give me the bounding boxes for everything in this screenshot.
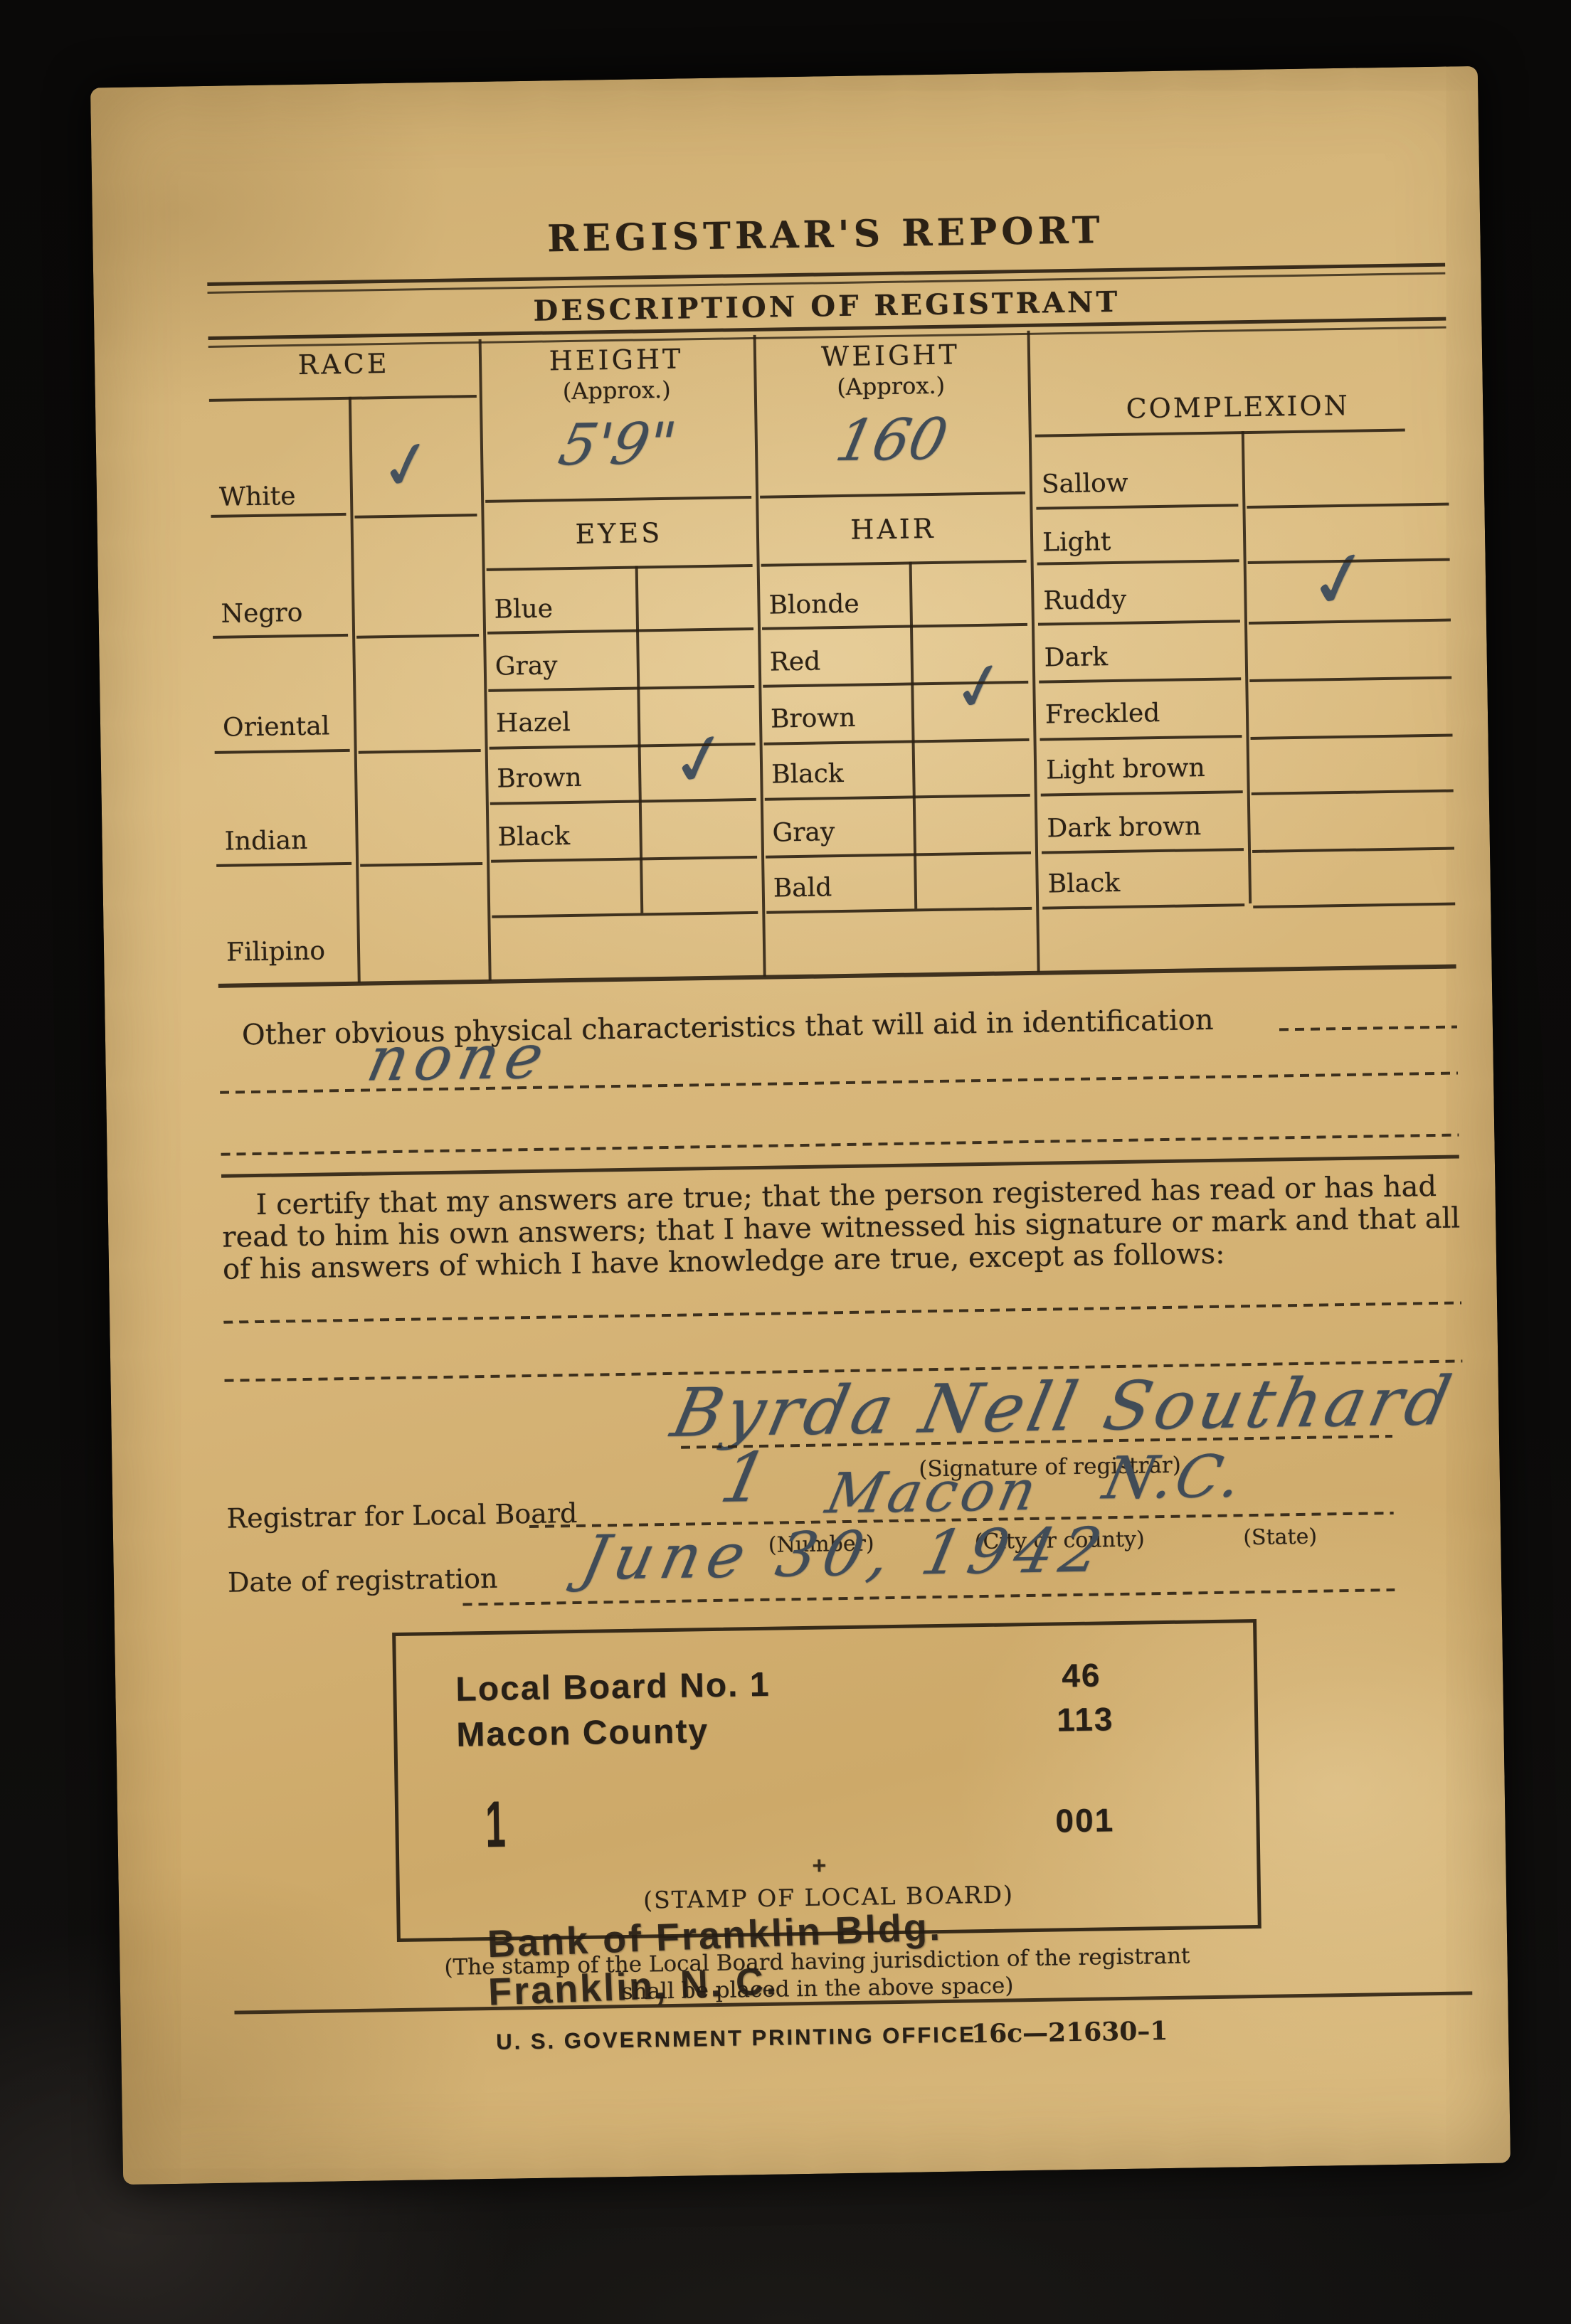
certification-text: I certify that my answers are true; that… <box>221 1170 1461 1285</box>
eyes-header-underline <box>487 564 753 571</box>
complexion-row3-line-check <box>1249 619 1451 625</box>
eyes-row4-line <box>490 798 756 805</box>
date-value: June 30, 1942 <box>576 1514 1115 1594</box>
weight-value: 160 <box>748 405 1036 475</box>
stamp-code1: 46 <box>1062 1655 1101 1694</box>
eyes-option-hazel: Hazel <box>496 708 571 738</box>
table-v-hair-divider <box>909 561 918 908</box>
race-row3-line-label <box>215 749 350 754</box>
registrar-board-label: Registrar for Local Board <box>226 1497 577 1534</box>
complexion-row6-line-label <box>1041 790 1243 796</box>
hair-option-gray: Gray <box>772 817 835 847</box>
complexion-row3-line-label <box>1038 620 1240 625</box>
complexion-row1-line-check <box>1247 503 1449 509</box>
hair-option-red: Red <box>769 647 820 676</box>
complexion-row4-line-label <box>1039 677 1241 683</box>
table-v-race-divider <box>349 397 361 983</box>
page-title: REGISTRAR'S REPORT <box>206 203 1445 266</box>
race-row2-line-check <box>356 634 479 639</box>
hair-header-underline <box>761 560 1027 567</box>
race-header: RACE <box>208 346 480 382</box>
complexion-option-black: Black <box>1047 869 1120 899</box>
complexion-row7-line-label <box>1042 848 1244 854</box>
race-row1-line-label <box>211 513 346 518</box>
eyes-row2-line <box>488 685 754 692</box>
race-option-indian: Indian <box>224 826 307 856</box>
complexion-option-dark: Dark <box>1044 642 1108 672</box>
complexion-row5-line-label <box>1040 735 1242 741</box>
race-row1-line-check <box>354 514 477 519</box>
certification-dashed-line-1 <box>223 1301 1461 1323</box>
eyes-row5-line <box>491 856 757 863</box>
brown-hair-checkmark: ✓ <box>946 650 1012 725</box>
hair-option-black: Black <box>771 759 844 790</box>
table-bottom-line <box>218 964 1456 987</box>
complexion-row7-line-check <box>1252 847 1454 853</box>
complexion-header: COMPLEXION <box>1028 388 1448 426</box>
date-label: Date of registration <box>228 1563 498 1598</box>
race-option-negro: Negro <box>221 598 302 629</box>
stamp-plus-mark: + <box>812 1852 827 1880</box>
complexion-option-light-brown: Light brown <box>1046 753 1205 785</box>
board-state-value: N.C. <box>1098 1443 1251 1512</box>
complexion-row4-line-check <box>1249 676 1451 682</box>
weight-header: WEIGHT <box>753 338 1028 373</box>
complexion-option-ruddy: Ruddy <box>1043 585 1126 616</box>
other-characteristics-value: none <box>361 1021 557 1095</box>
complexion-option-dark-brown: Dark brown <box>1047 812 1201 843</box>
scanned-photo-background: { "page": { "title": "REGISTRAR'S REPORT… <box>0 0 1571 2324</box>
eyes-option-gray: Gray <box>494 651 557 681</box>
hair-option-blonde: Blonde <box>768 590 859 620</box>
race-row4-line-label <box>216 862 351 867</box>
other-dashed-line-2 <box>221 1133 1459 1155</box>
weight-value-underline <box>760 492 1025 499</box>
footer-code: 16c—21630–1 <box>971 2016 1168 2049</box>
complexion-row5-line-check <box>1251 734 1453 740</box>
footer-printer: U. S. GOVERNMENT PRINTING OFFICE <box>496 2022 976 2055</box>
race-option-white: White <box>219 482 296 512</box>
complexion-row8-line-label <box>1042 903 1244 909</box>
stamp-tally-mark: 1 <box>485 1788 507 1862</box>
stamp-code3: 001 <box>1055 1800 1115 1840</box>
hair-option-brown: Brown <box>771 704 856 734</box>
complexion-option-freckled: Freckled <box>1045 699 1160 730</box>
height-value-underline <box>485 496 751 503</box>
hair-row5-line <box>766 851 1031 859</box>
eyes-row1-line <box>487 627 753 635</box>
eyes-option-brown: Brown <box>497 763 582 794</box>
brown-eyes-checkmark: ✓ <box>664 719 736 800</box>
race-row3-line-check <box>359 749 481 754</box>
registrar-signature: Byrda Nell Southard <box>665 1362 1461 1453</box>
other-label-trailing-dashes <box>1279 1025 1457 1031</box>
ruddy-checkmark: ✓ <box>1301 536 1379 624</box>
table-v-complexion-divider <box>1242 431 1252 903</box>
eyes-row6-line <box>492 911 758 918</box>
state-caption: (State) <box>1209 1524 1352 1551</box>
complexion-row2-line-label <box>1037 559 1239 565</box>
race-header-underline <box>209 395 477 402</box>
hair-row3-line <box>764 738 1030 746</box>
complexion-option-light: Light <box>1042 527 1111 558</box>
white-checkmark: ✓ <box>374 428 440 503</box>
stamp-board-line1: Local Board No. 1 <box>455 1665 771 1709</box>
stamp-board-line2: Macon County <box>456 1712 709 1755</box>
height-value: 5'9" <box>473 409 762 479</box>
complexion-row8-line-check <box>1253 903 1455 908</box>
race-row4-line-check <box>360 862 482 867</box>
height-approx-label: (Approx.) <box>479 375 754 406</box>
weight-approx-label: (Approx.) <box>753 371 1028 402</box>
eyes-header: EYES <box>482 516 757 551</box>
race-row2-line-label <box>213 634 348 639</box>
eyes-option-black: Black <box>497 822 570 852</box>
registration-card: REGISTRAR'S REPORT DESCRIPTION OF REGIST… <box>90 66 1511 2185</box>
table-v-eyes-divider <box>635 566 644 913</box>
complexion-option-sallow: Sallow <box>1042 469 1128 499</box>
hair-row4-line <box>765 794 1030 801</box>
hair-row1-line <box>762 623 1027 630</box>
eyes-option-blue: Blue <box>494 594 553 624</box>
hair-header: HAIR <box>756 511 1031 547</box>
hair-row6-line <box>766 907 1032 914</box>
stamp-code2: 113 <box>1057 1699 1114 1739</box>
complexion-header-underline <box>1035 429 1405 437</box>
height-header: HEIGHT <box>479 342 754 378</box>
race-option-filipino: Filipino <box>226 936 326 967</box>
hair-option-bald: Bald <box>773 873 832 903</box>
complexion-row1-line-label <box>1036 504 1238 509</box>
complexion-row6-line-check <box>1252 790 1454 795</box>
race-option-oriental: Oriental <box>223 711 330 742</box>
